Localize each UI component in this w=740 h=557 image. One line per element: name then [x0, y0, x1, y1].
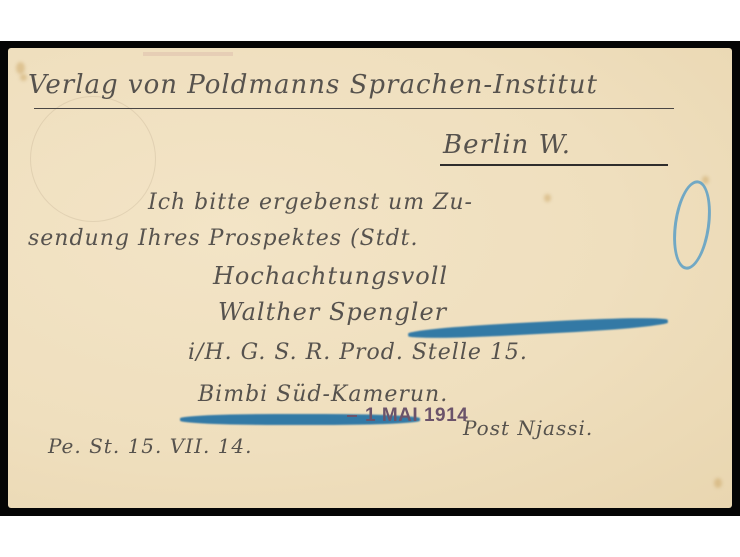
foxing-stain: [16, 62, 25, 74]
stamp-text: 1 MAI 1914: [365, 405, 468, 426]
signature: Walther Spengler: [218, 298, 447, 326]
address-line-1: i/H. G. S. R. Prod. Stelle 15.: [188, 340, 528, 365]
destination-handwriting: Berlin W.: [443, 130, 571, 160]
header-handwriting: Verlag von Poldmanns Sprachen-Institut: [28, 70, 598, 100]
stamp-dash: [347, 415, 357, 417]
received-date-stamp: 1 MAI 1914: [347, 405, 468, 427]
blue-crayon-circle: [668, 178, 716, 272]
header-rule: [34, 108, 674, 109]
address-line-2: Bimbi Süd-Kamerun.: [198, 382, 448, 407]
foxing-stain: [20, 74, 27, 81]
closing-line: Hochachtungsvoll: [213, 262, 448, 290]
foxing-stain: [714, 478, 722, 488]
faded-print-trace: [143, 52, 233, 56]
destination-underline: [440, 164, 668, 166]
foxing-stain: [544, 194, 551, 202]
receipt-annotation: Pe. St. 15. VII. 14.: [48, 434, 253, 458]
faded-postmark-circle: [30, 96, 156, 222]
postcard: Verlag von Poldmanns Sprachen-Institut B…: [8, 48, 732, 508]
body-line-1: Ich bitte ergebenst um Zu-: [148, 190, 473, 215]
address-line-3: Post Njassi.: [463, 416, 593, 440]
body-line-2: sendung Ihres Prospektes (Stdt.: [28, 226, 419, 251]
